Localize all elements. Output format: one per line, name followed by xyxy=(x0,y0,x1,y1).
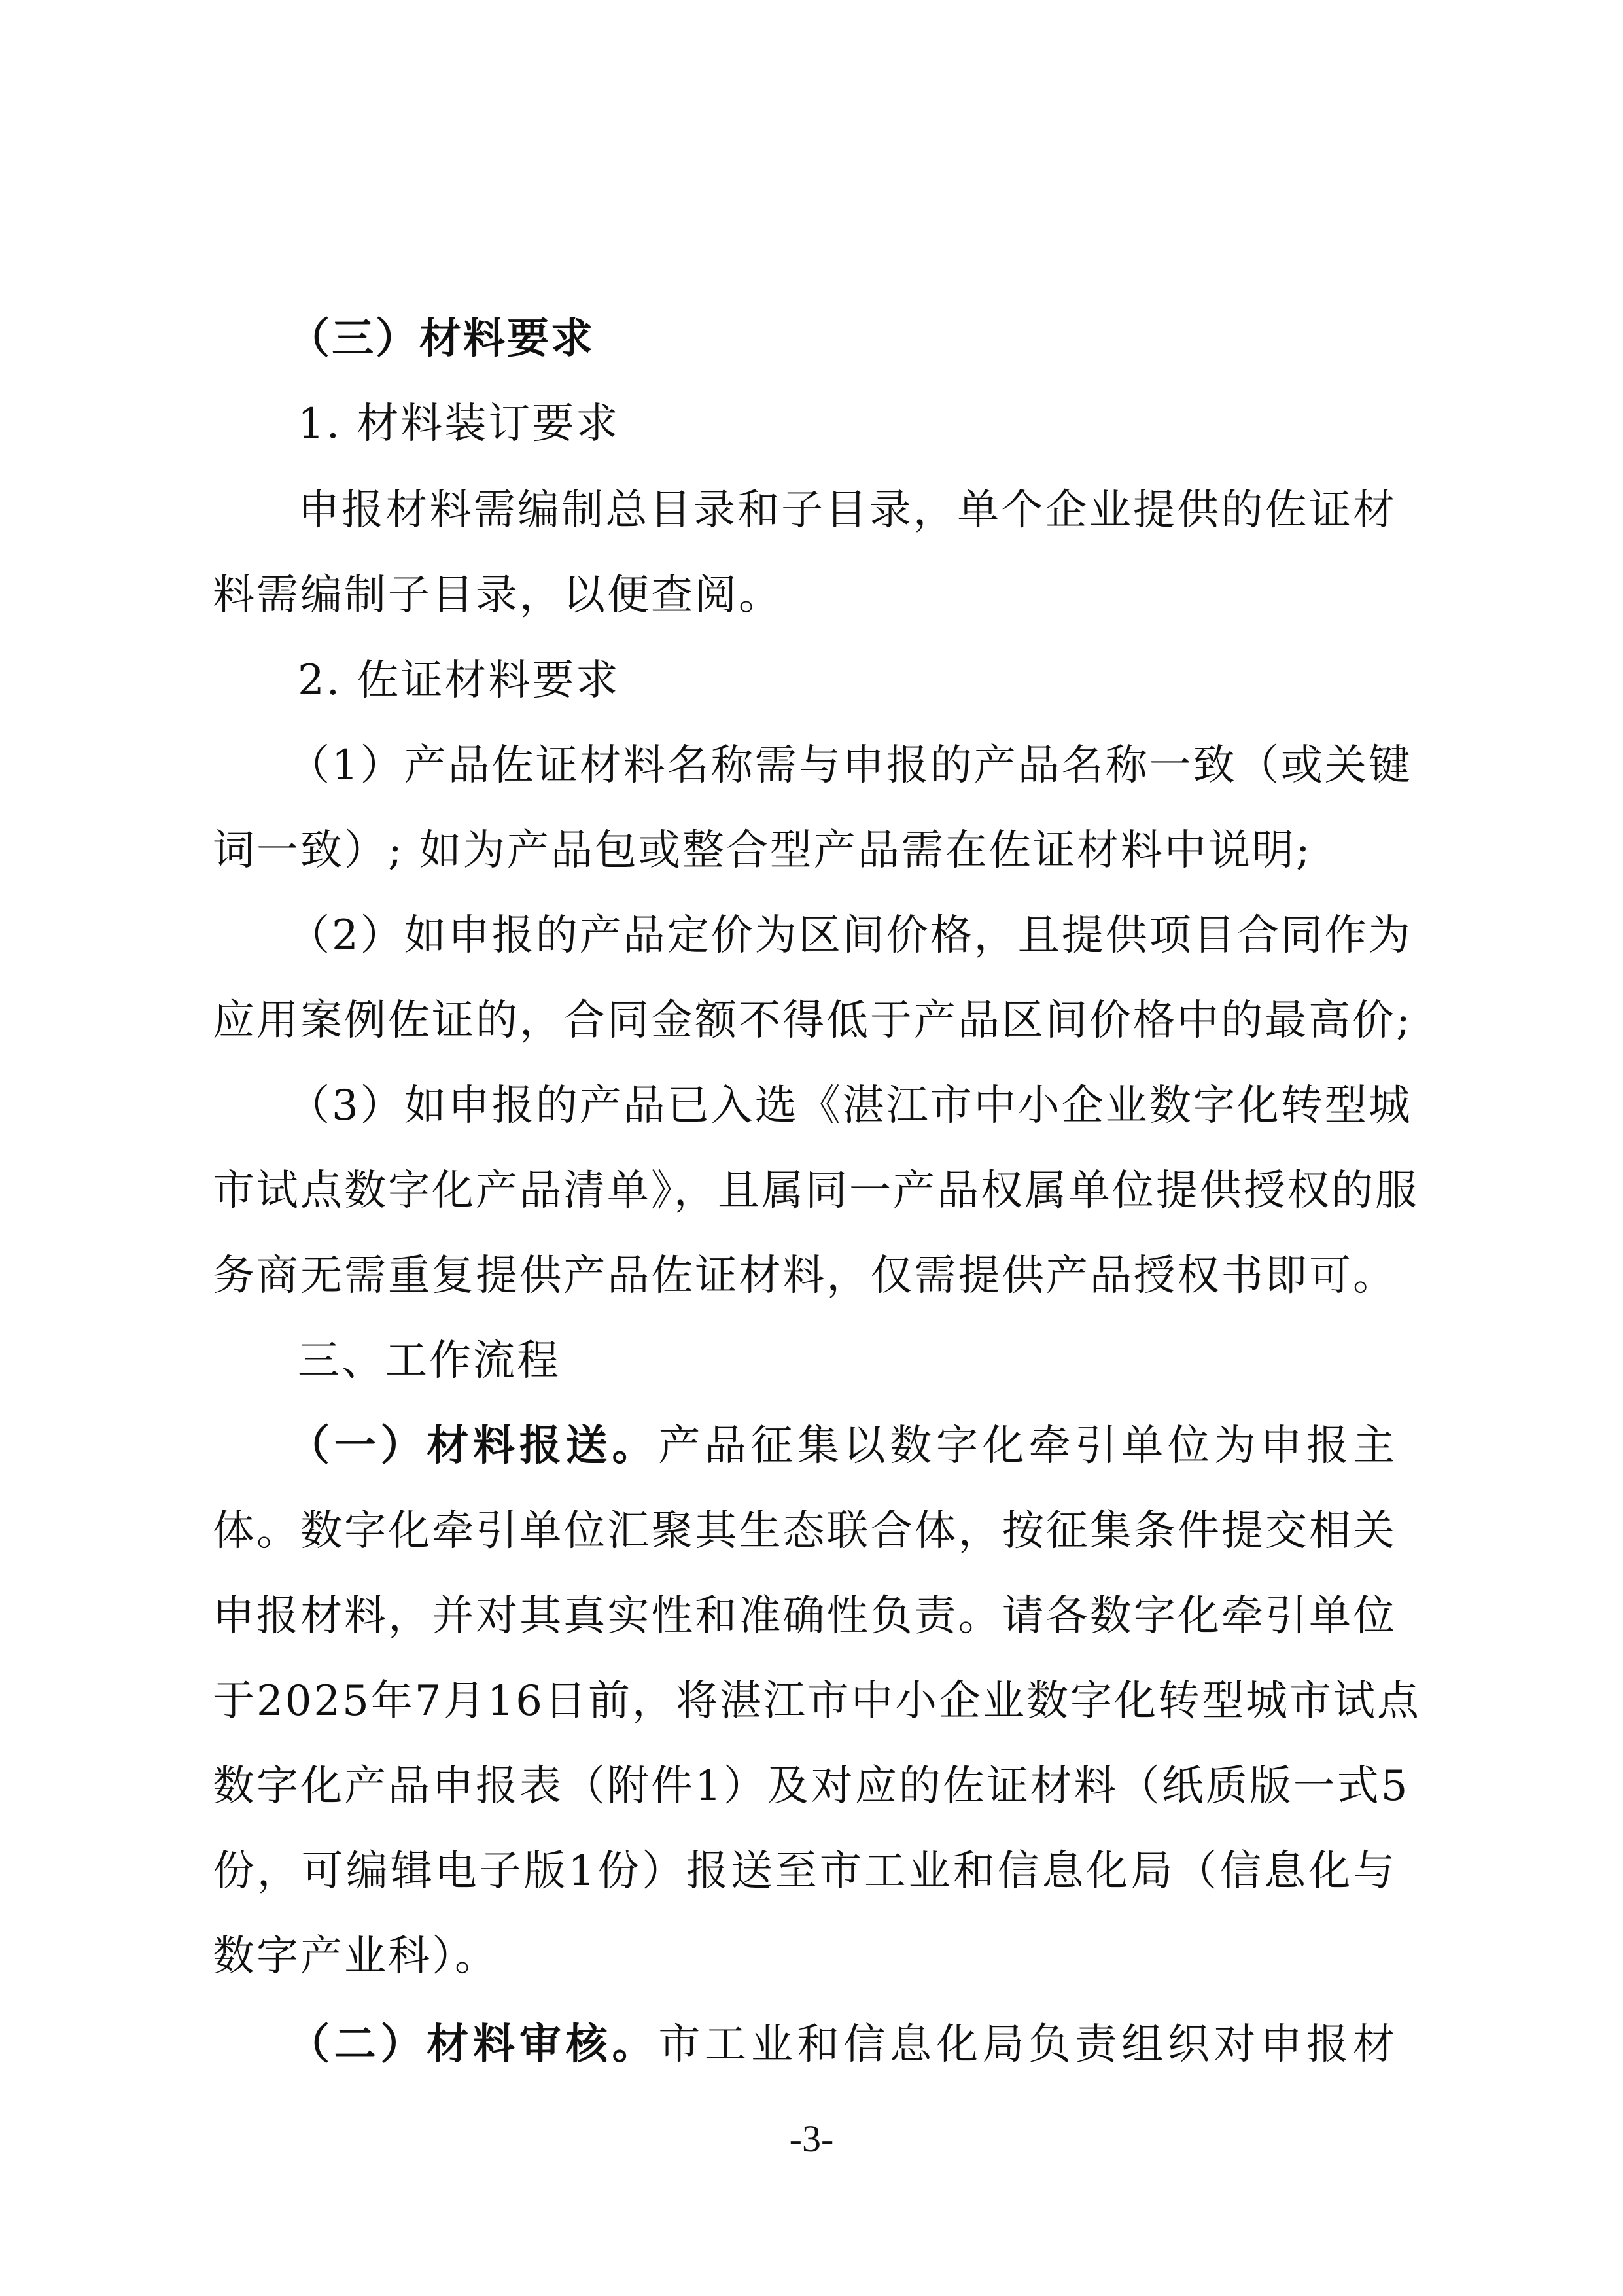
paragraph-line: 于2025年7月16日前，将湛江市中小企业数字化转型城市试点 xyxy=(213,1675,1397,1727)
list-item-2-line: 应用案例佐证的，合同金额不得低于产品区间价格中的最高价; xyxy=(213,995,1397,1047)
workflow-step-2-first-line: （二）材料审核。市工业和信息化局负责组织对申报材 xyxy=(288,2019,1397,2071)
paragraph-line: 体。数字化牵引单位汇聚其生态联合体，按征集条件提交相关 xyxy=(213,1505,1397,1557)
workflow-step-1-first-line: （一）材料报送。产品征集以数字化牵引单位为申报主 xyxy=(288,1420,1397,1472)
workflow-step-1-label: （一）材料报送。 xyxy=(288,1422,658,1470)
list-item-2-line: （2）如申报的产品定价为区间价格，且提供项目合同作为 xyxy=(288,910,1397,962)
list-item-1-line: （1）产品佐证材料名称需与申报的产品名称一致（或关键 xyxy=(288,739,1397,792)
paragraph-line: 料需编制子目录，以便查阅。 xyxy=(213,569,1397,622)
paragraph-line: 份，可编辑电子版1份）报送至市工业和信息化局（信息化与 xyxy=(213,1845,1397,1898)
list-item-3-line: 市试点数字化产品清单》，且属同一产品权属单位提供授权的服 xyxy=(213,1165,1397,1217)
paragraph-line: 申报材料需编制总目录和子目录，单个企业提供的佐证材 xyxy=(298,484,1397,537)
list-item-3-line: （3）如申报的产品已入选《湛江市中小企业数字化转型城 xyxy=(288,1080,1397,1132)
subheading-evidence-requirements: 2. 佐证材料要求 xyxy=(298,654,1397,707)
section-heading-workflow: 三、工作流程 xyxy=(298,1335,1397,1387)
list-item-1-line: 词一致）; 如为产品包或整合型产品需在佐证材料中说明; xyxy=(213,824,1397,877)
section-heading-material-requirements: （三）材料要求 xyxy=(288,313,1387,365)
paragraph-line: 数字化产品申报表（附件1）及对应的佐证材料（纸质版一式5 xyxy=(213,1760,1397,1812)
list-item-3-line: 务商无需重复提供产品佐证材料，仅需提供产品授权书即可。 xyxy=(213,1250,1397,1302)
document-page: （三）材料要求 1. 材料装订要求 申报材料需编制总目录和子目录，单个企业提供的… xyxy=(0,0,1623,2296)
paragraph-line: 申报材料，并对其真实性和准确性负责。请各数字化牵引单位 xyxy=(213,1590,1397,1642)
page-number: -3- xyxy=(0,2117,1623,2161)
workflow-step-2-label: （二）材料审核。 xyxy=(288,2021,658,2069)
paragraph-line: 数字产业科）。 xyxy=(213,1930,1397,1983)
workflow-step-1-text: 产品征集以数字化牵引单位为申报主 xyxy=(658,1422,1397,1470)
workflow-step-2-text: 市工业和信息化局负责组织对申报材 xyxy=(658,2021,1397,2069)
subheading-binding-requirements: 1. 材料装订要求 xyxy=(298,398,1397,450)
